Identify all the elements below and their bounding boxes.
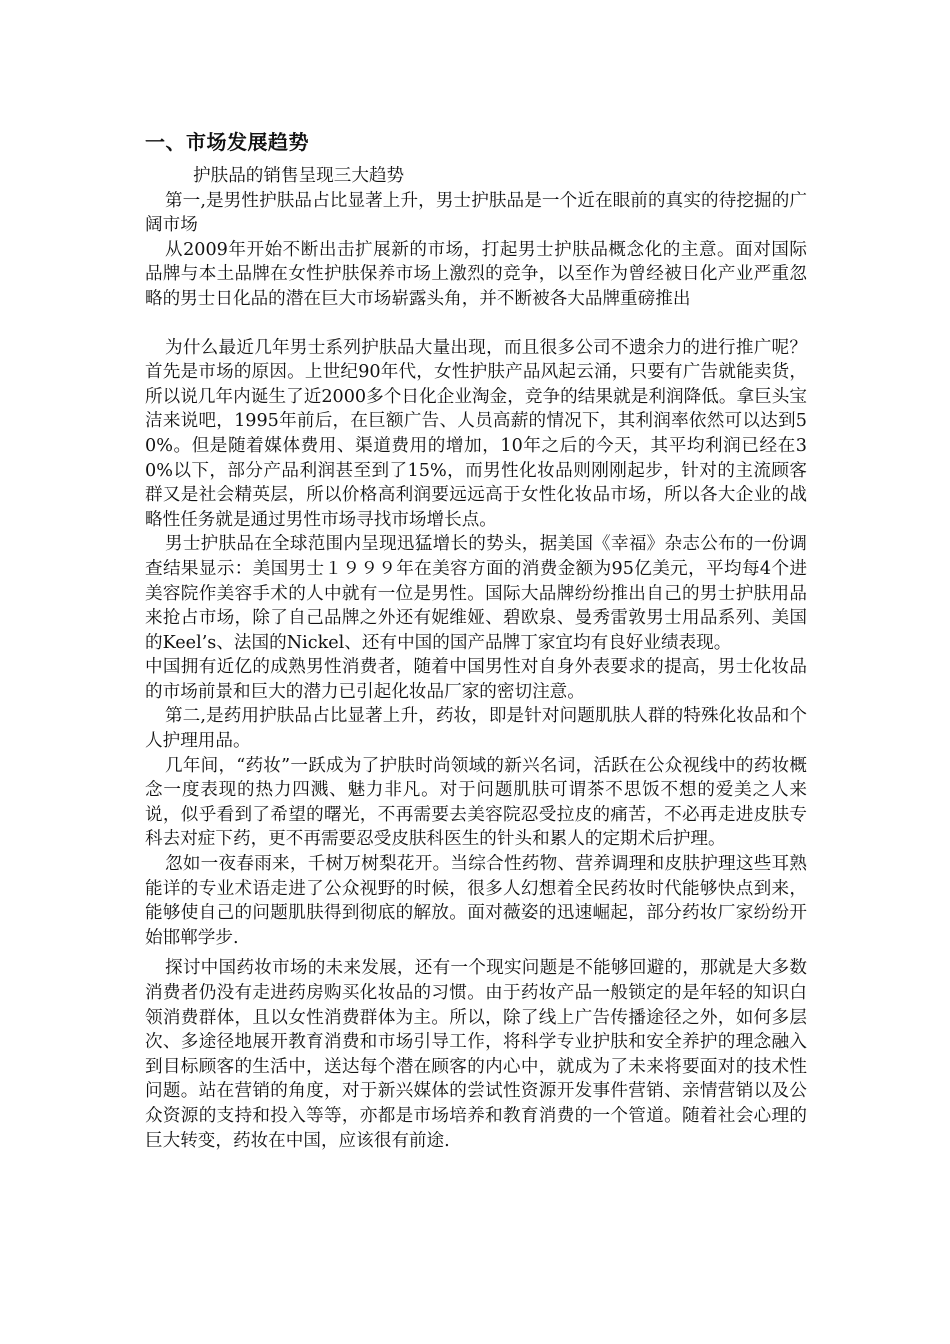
paragraph-4: 男士护肤品在全球范围内呈现迅猛增长的势头，据美国《幸福》杂志公布的一份调查结果显…: [145, 532, 807, 655]
blank-line: [145, 312, 807, 336]
paragraph-1: 第一,是男性护肤品占比显著上升，男士护肤品是一个近在眼前的真实的待挖掘的广阔市场: [145, 189, 807, 238]
paragraph-3: 为什么最近几年男士系列护肤品大量出现，而且很多公司不遗余力的进行推广呢？首先是市…: [145, 336, 807, 533]
paragraph-5: 中国拥有近亿的成熟男性消费者，随着中国男性对自身外表要求的提高，男士化妆品的市场…: [145, 655, 807, 704]
paragraph-8: 忽如一夜春雨来，千树万树梨花开。当综合性药物、营养调理和皮肤护理这些耳熟能详的专…: [145, 852, 807, 950]
section-heading: 一、市场发展趋势: [145, 128, 807, 156]
paragraph-6: 第二,是药用护肤品占比显著上升，药妆，即是针对问题肌肤人群的特殊化妆品和个人护理…: [145, 704, 807, 753]
document-page: 一、市场发展趋势 护肤品的销售呈现三大趋势 第一,是男性护肤品占比显著上升，男士…: [145, 128, 807, 1153]
paragraph-9: 探讨中国药妆市场的未来发展，还有一个现实问题是不能够回避的，那就是大多数消费者仍…: [145, 956, 807, 1153]
paragraph-7: 几年间，“药妆”一跃成为了护肤时尚领域的新兴名词，活跃在公众视线中的药妆概念一度…: [145, 754, 807, 852]
paragraph-2: 从2009年开始不断出击扩展新的市场，打起男士护肤品概念化的主意。面对国际品牌与…: [145, 238, 807, 312]
subtitle: 护肤品的销售呈现三大趋势: [145, 164, 807, 189]
